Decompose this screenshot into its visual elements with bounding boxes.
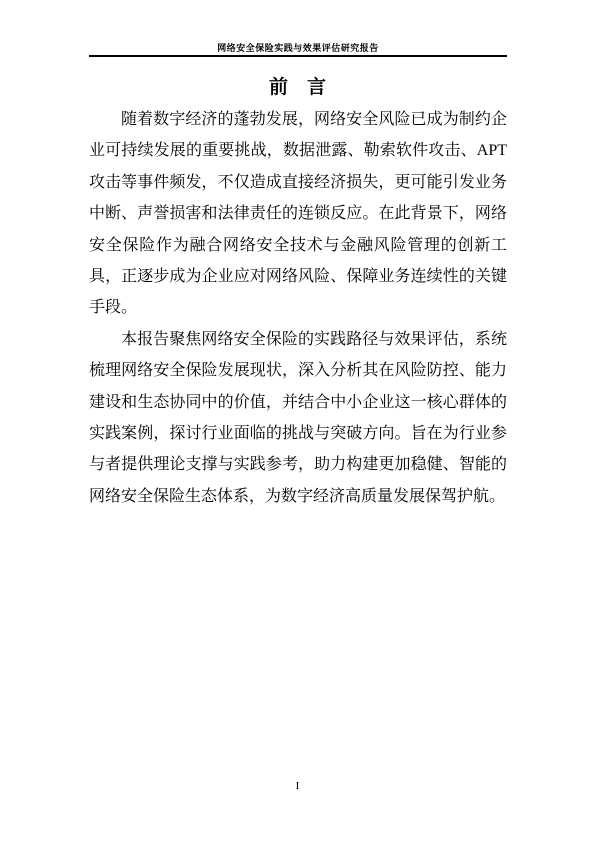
paragraph-1: 随着数字经济的蓬勃发展，网络安全风险已成为制约企业可持续发展的重要挑战，数据泄露… (89, 104, 507, 324)
header-title: 网络安全保险实践与效果评估研究报告 (217, 43, 379, 53)
section-title: 前 言 (0, 77, 595, 99)
paragraph-2: 本报告聚焦网络安全保险的实践路径与效果评估，系统梳理网络安全保险发展现状，深入分… (89, 324, 507, 512)
document-body: 随着数字经济的蓬勃发展，网络安全风险已成为制约企业可持续发展的重要挑战，数据泄露… (89, 104, 507, 512)
page-header: 网络安全保险实践与效果评估研究报告 (89, 42, 507, 57)
page-number: I (296, 780, 300, 792)
page-footer: I (0, 779, 595, 793)
document-page: 网络安全保险实践与效果评估研究报告 前 言 随着数字经济的蓬勃发展，网络安全风险… (0, 0, 595, 841)
